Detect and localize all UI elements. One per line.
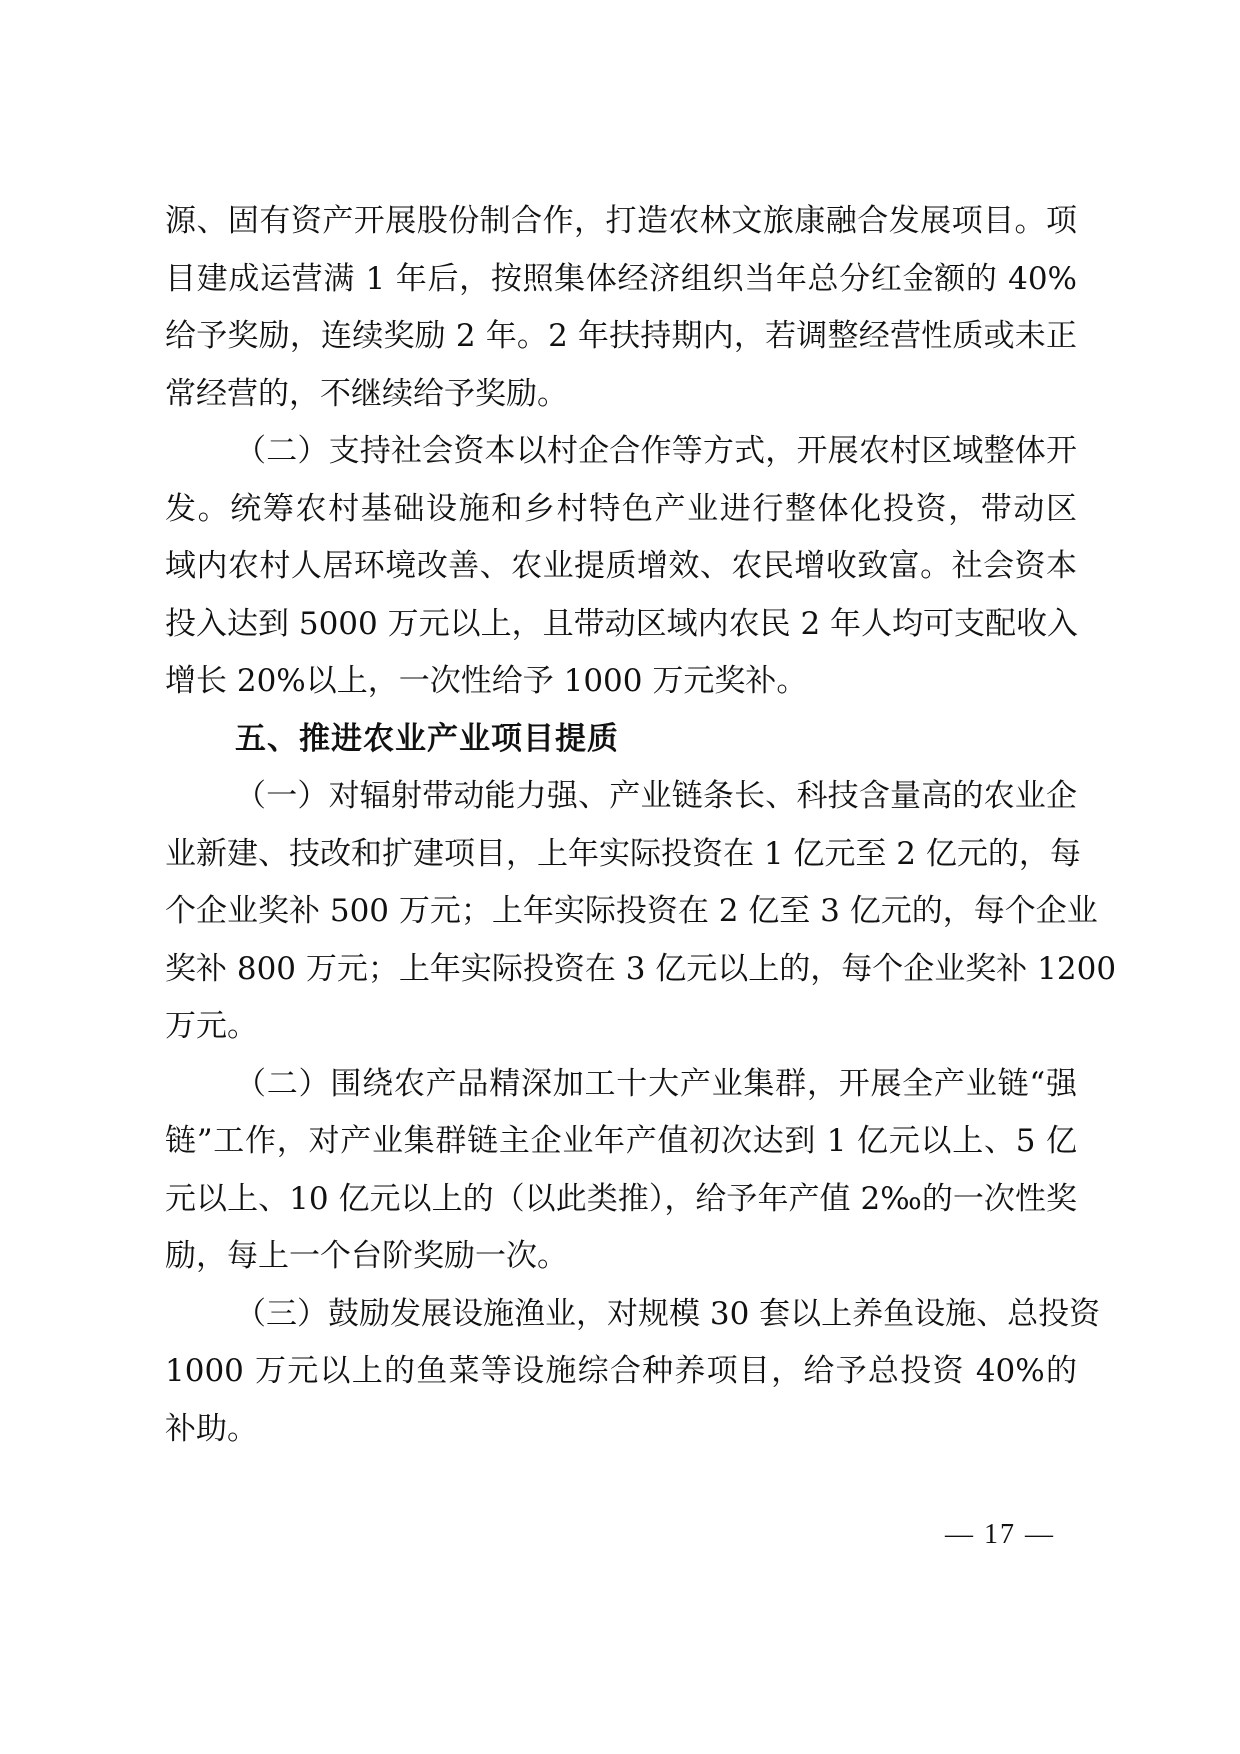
paragraph-continuation: 源、固有资产开展股份制合作，打造农林文旅康融合发展项目。项 目建成运营满 1 年… bbox=[165, 193, 1077, 423]
text-line: 目建成运营满 1 年后，按照集体经济组织当年总分红金额的 40% bbox=[165, 251, 1077, 309]
text-line: 常经营的，不继续给予奖励。 bbox=[165, 366, 1077, 424]
text-line: 元以上、10 亿元以上的（以此类推），给予年产值 2‰的一次性奖 bbox=[165, 1171, 1077, 1229]
text-line: 增长 20%以上，一次性给予 1000 万元奖补。 bbox=[165, 653, 1077, 711]
text-line: 奖补 800 万元；上年实际投资在 3 亿元以上的，每个企业奖补 1200 bbox=[165, 941, 1077, 999]
section-heading: 五、推进农业产业项目提质 bbox=[165, 711, 1077, 769]
text-line: 励，每上一个台阶奖励一次。 bbox=[165, 1228, 1077, 1286]
text-line: 源、固有资产开展股份制合作，打造农林文旅康融合发展项目。项 bbox=[165, 193, 1077, 251]
paragraph-social-capital: （二）支持社会资本以村企合作等方式，开展农村区域整体开 发。统筹农村基础设施和乡… bbox=[165, 423, 1077, 711]
text-line: 补助。 bbox=[165, 1401, 1077, 1459]
paragraph-enterprise-investment: （一）对辐射带动能力强、产业链条长、科技含量高的农业企 业新建、技改和扩建项目，… bbox=[165, 768, 1077, 1056]
text-line: 投入达到 5000 万元以上，且带动区域内农民 2 年人均可支配收入 bbox=[165, 596, 1077, 654]
text-line: （三）鼓励发展设施渔业，对规模 30 套以上养鱼设施、总投资 bbox=[165, 1286, 1077, 1344]
paragraph-industry-cluster: （二）围绕农产品精深加工十大产业集群，开展全产业链“强 链”工作，对产业集群链主… bbox=[165, 1056, 1077, 1286]
text-line: 给予奖励，连续奖励 2 年。2 年扶持期内，若调整经营性质或未正 bbox=[165, 308, 1077, 366]
text-line: 业新建、技改和扩建项目，上年实际投资在 1 亿元至 2 亿元的，每 bbox=[165, 826, 1077, 884]
text-line: 域内农村人居环境改善、农业提质增效、农民增收致富。社会资本 bbox=[165, 538, 1077, 596]
text-line: 发。统筹农村基础设施和乡村特色产业进行整体化投资，带动区 bbox=[165, 481, 1077, 539]
text-line: 万元。 bbox=[165, 998, 1077, 1056]
text-line: （二）围绕农产品精深加工十大产业集群，开展全产业链“强 bbox=[165, 1056, 1077, 1114]
text-line: 链”工作，对产业集群链主企业年产值初次达到 1 亿元以上、5 亿 bbox=[165, 1113, 1077, 1171]
document-page: 源、固有资产开展股份制合作，打造农林文旅康融合发展项目。项 目建成运营满 1 年… bbox=[165, 193, 1077, 1458]
text-line: （二）支持社会资本以村企合作等方式，开展农村区域整体开 bbox=[165, 423, 1077, 481]
text-line: （一）对辐射带动能力强、产业链条长、科技含量高的农业企 bbox=[165, 768, 1077, 826]
text-line: 个企业奖补 500 万元；上年实际投资在 2 亿至 3 亿元的，每个企业 bbox=[165, 883, 1077, 941]
paragraph-fishery: （三）鼓励发展设施渔业，对规模 30 套以上养鱼设施、总投资 1000 万元以上… bbox=[165, 1286, 1077, 1459]
page-number: — 17 — bbox=[945, 1515, 1055, 1555]
text-line: 1000 万元以上的鱼菜等设施综合种养项目，给予总投资 40%的 bbox=[165, 1343, 1077, 1401]
